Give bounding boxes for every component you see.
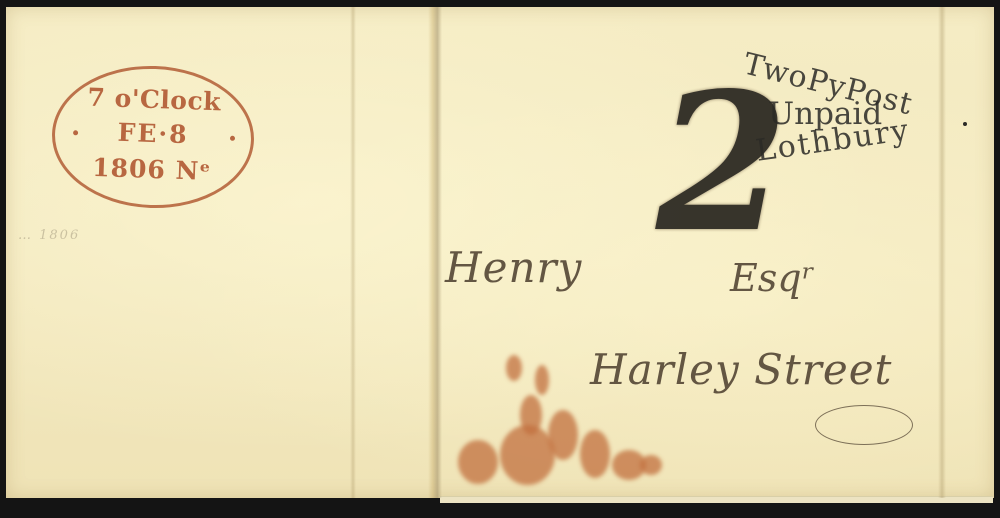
address-honorific: Esqʳ	[730, 256, 815, 300]
lower-flap	[440, 496, 993, 503]
datestamp-date: FE·8	[55, 116, 252, 152]
fold-line	[938, 7, 946, 498]
stamp-dot	[963, 122, 967, 126]
datestamp-time: 7 o'Clock	[56, 82, 253, 118]
address-name: Henry	[445, 243, 582, 292]
fold-line	[428, 7, 442, 498]
faint-docket: … 1806	[18, 228, 80, 243]
address-street: Harley Street	[590, 345, 892, 394]
datestamp-year: 1806 Nᵉ	[53, 152, 250, 188]
fold-line	[350, 7, 356, 498]
pen-flourish	[815, 405, 913, 445]
